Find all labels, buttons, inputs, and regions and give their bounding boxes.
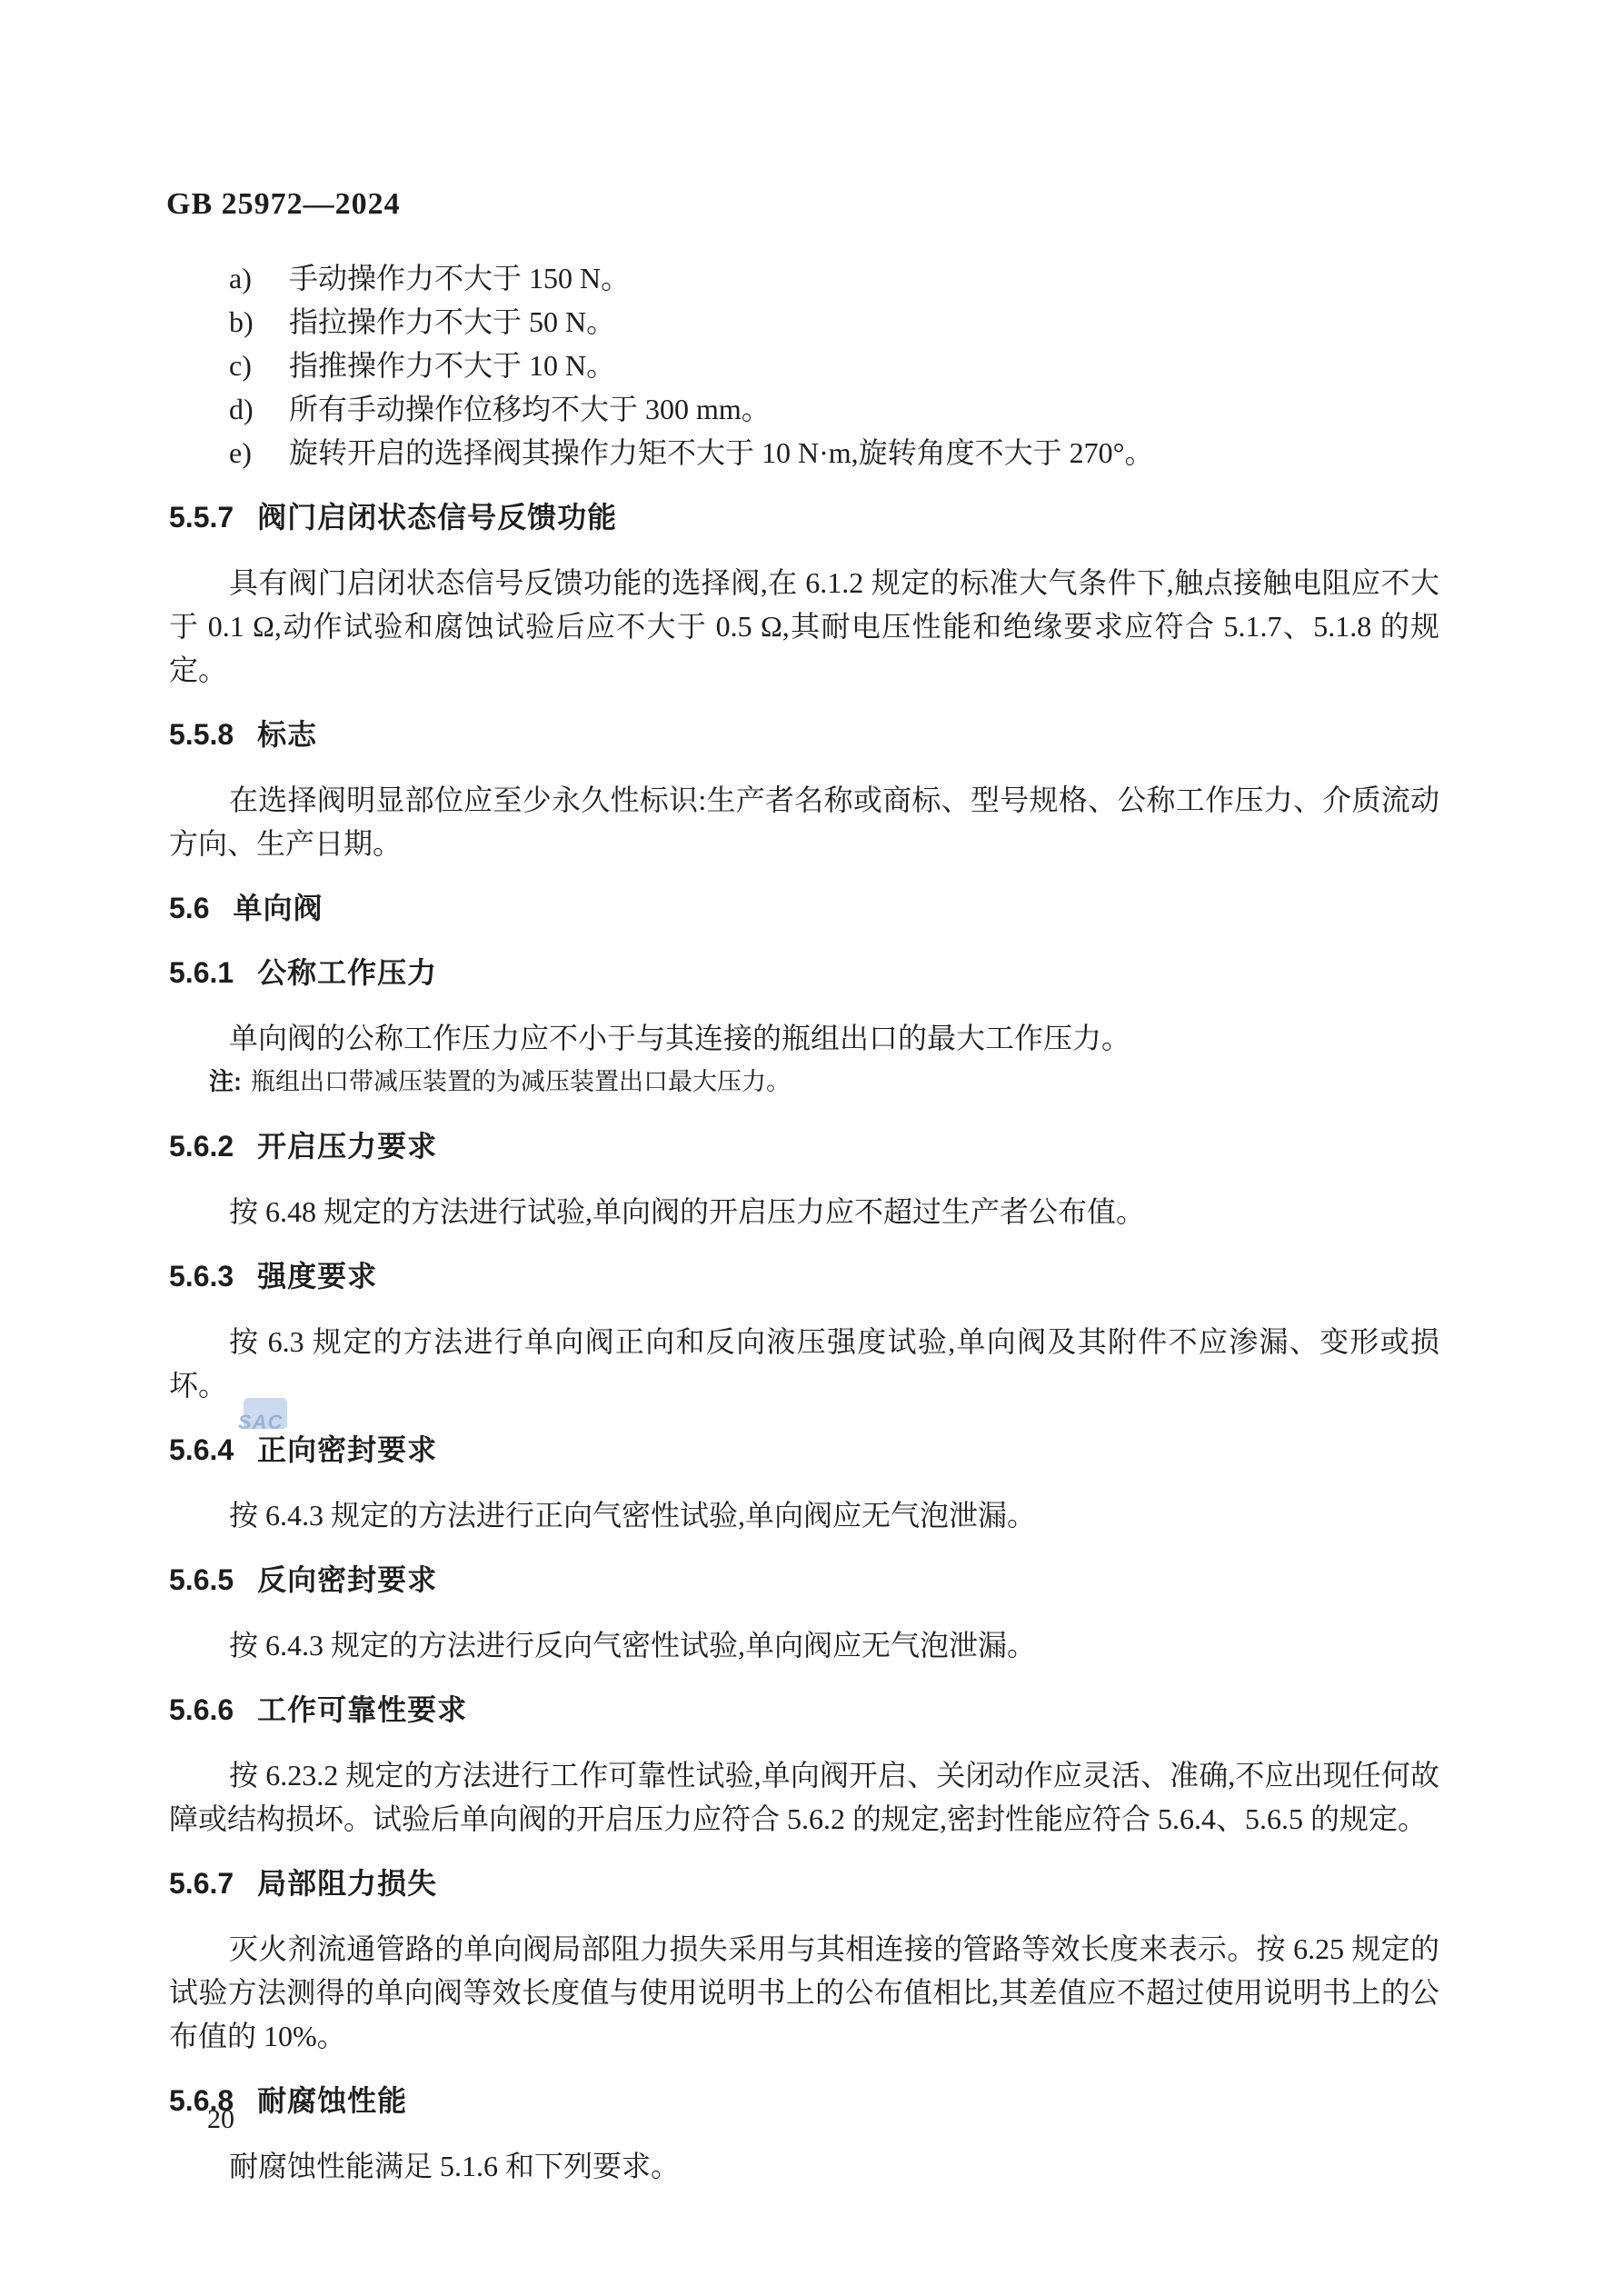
list-item-text: 指拉操作力不大于 50 N。 [289,300,1439,344]
ordered-list: a) 手动操作力不大于 150 N。 b) 指拉操作力不大于 50 N。 c) … [169,256,1439,474]
section-number: 5.6.1 [169,956,234,989]
section: 5.6.2开启压力要求 按 6.48 规定的方法进行试验,单向阀的开启压力应不超… [169,1124,1439,1233]
page-number: 20 [207,2103,234,2136]
section-heading: 5.6.4正向密封要求 [169,1428,1439,1472]
section: 5.6.7局部阻力损失 灭火剂流通管路的单向阀局部阻力损失采用与其相连接的管路等… [169,1862,1439,2058]
section-number: 5.5.8 [169,718,234,751]
standard-number: GB 25972—2024 [166,187,401,222]
list-item-label: d) [169,387,289,431]
section-title: 正向密封要求 [257,1433,437,1466]
section-title: 工作可靠性要求 [257,1693,467,1726]
section-paragraph: 按 6.48 规定的方法进行试验,单向阀的开启压力应不超过生产者公布值。 [169,1190,1439,1233]
section-heading: 5.6.5反向密封要求 [169,1558,1439,1602]
section-paragraph: 具有阀门启闭状态信号反馈功能的选择阀,在 6.1.2 规定的标准大气条件下,触点… [169,561,1439,692]
section-paragraph: 耐腐蚀性能满足 5.1.6 和下列要求。 [169,2144,1439,2188]
list-item-text: 指推操作力不大于 10 N。 [289,344,1439,387]
section-paragraph: 按 6.4.3 规定的方法进行反向气密性试验,单向阀应无气泡泄漏。 [169,1623,1439,1667]
section-title: 单向阀 [233,892,323,924]
section-heading: 5.5.7阀门启闭状态信号反馈功能 [169,495,1439,539]
section-number: 5.6.3 [169,1260,234,1293]
section-title: 耐腐蚀性能 [257,2084,407,2117]
note-label: 注: [209,1068,242,1095]
section: 5.6.6工作可靠性要求 按 6.23.2 规定的方法进行工作可靠性试验,单向阀… [169,1688,1439,1841]
list-item: b) 指拉操作力不大于 50 N。 [169,300,1439,344]
section-title: 局部阻力损失 [257,1867,437,1900]
section: 5.6.1公称工作压力 单向阀的公称工作压力应不小于与其连接的瓶组出口的最大工作… [169,951,1439,1103]
list-item-label: c) [169,344,289,387]
section-title: 标志 [257,718,317,751]
sections-container: 5.5.7阀门启闭状态信号反馈功能 具有阀门启闭状态信号反馈功能的选择阀,在 6… [169,495,1439,2188]
section-number: 5.6.7 [169,1867,234,1900]
list-item-label: a) [169,256,289,300]
list-item: e) 旋转开启的选择阀其操作力矩不大于 10 N·m,旋转角度不大于 270°。 [169,431,1439,474]
list-item-label: e) [169,431,289,474]
section-note: 注:瓶组出口带减压装置的为减压装置出口最大压力。 [169,1060,1439,1103]
section-number: 5.6.6 [169,1693,234,1726]
list-item: a) 手动操作力不大于 150 N。 [169,256,1439,300]
section: 5.5.8标志 在选择阀明显部位应至少永久性标识:生产者名称或商标、型号规格、公… [169,713,1439,865]
section-number: 5.5.7 [169,501,234,534]
section-paragraph: 按 6.4.3 规定的方法进行正向气密性试验,单向阀应无气泡泄漏。 [169,1493,1439,1537]
list-item-text: 手动操作力不大于 150 N。 [289,256,1439,300]
section-paragraph: 单向阀的公称工作压力应不小于与其连接的瓶组出口的最大工作压力。 [169,1016,1439,1060]
list-item: c) 指推操作力不大于 10 N。 [169,344,1439,387]
section-title: 公称工作压力 [257,956,437,989]
section-heading: 5.6.2开启压力要求 [169,1124,1439,1168]
section: 5.6.3强度要求 按 6.3 规定的方法进行单向阀正向和反向液压强度试验,单向… [169,1254,1439,1407]
note-text: 瓶组出口带减压装置的为减压装置出口最大压力。 [251,1068,791,1095]
section: 5.6.8耐腐蚀性能 耐腐蚀性能满足 5.1.6 和下列要求。 [169,2079,1439,2188]
section-title: 阀门启闭状态信号反馈功能 [257,501,617,534]
section-heading: 5.5.8标志 [169,713,1439,756]
document-page: GB 25972—2024 SAC a) 手动操作力不大于 150 N。 b) … [0,0,1623,2296]
section-heading: 5.6.7局部阻力损失 [169,1862,1439,1905]
list-item: d) 所有手动操作位移均不大于 300 mm。 [169,387,1439,431]
list-item-label: b) [169,300,289,344]
section: 5.6.4正向密封要求 按 6.4.3 规定的方法进行正向气密性试验,单向阀应无… [169,1428,1439,1537]
section-title: 开启压力要求 [257,1130,437,1163]
section-title: 强度要求 [257,1260,377,1293]
section-paragraph: 灭火剂流通管路的单向阀局部阻力损失采用与其相连接的管路等效长度来表示。按 6.2… [169,1927,1439,2058]
section-heading: 5.6.6工作可靠性要求 [169,1688,1439,1732]
list-item-text: 旋转开启的选择阀其操作力矩不大于 10 N·m,旋转角度不大于 270°。 [289,431,1439,474]
section-paragraph: 在选择阀明显部位应至少永久性标识:生产者名称或商标、型号规格、公称工作压力、介质… [169,778,1439,865]
section-heading: 5.6单向阀 [169,886,1439,930]
section-paragraph: 按 6.3 规定的方法进行单向阀正向和反向液压强度试验,单向阀及其附件不应渗漏、… [169,1320,1439,1407]
section-number: 5.6 [169,892,209,924]
section-title: 反向密封要求 [257,1563,437,1596]
section-heading: 5.6.3强度要求 [169,1254,1439,1298]
list-item-text: 所有手动操作位移均不大于 300 mm。 [289,387,1439,431]
section-number: 5.6.5 [169,1563,234,1596]
section: 5.6.5反向密封要求 按 6.4.3 规定的方法进行反向气密性试验,单向阀应无… [169,1558,1439,1667]
section-paragraph: 按 6.23.2 规定的方法进行工作可靠性试验,单向阀开启、关闭动作应灵活、准确… [169,1753,1439,1841]
section: 5.6单向阀 [169,886,1439,930]
section-number: 5.6.2 [169,1130,234,1163]
section-heading: 5.6.1公称工作压力 [169,951,1439,994]
document-content: a) 手动操作力不大于 150 N。 b) 指拉操作力不大于 50 N。 c) … [169,256,1439,2188]
section-number: 5.6.4 [169,1433,234,1466]
section: 5.5.7阀门启闭状态信号反馈功能 具有阀门启闭状态信号反馈功能的选择阀,在 6… [169,495,1439,692]
section-heading: 5.6.8耐腐蚀性能 [169,2079,1439,2122]
